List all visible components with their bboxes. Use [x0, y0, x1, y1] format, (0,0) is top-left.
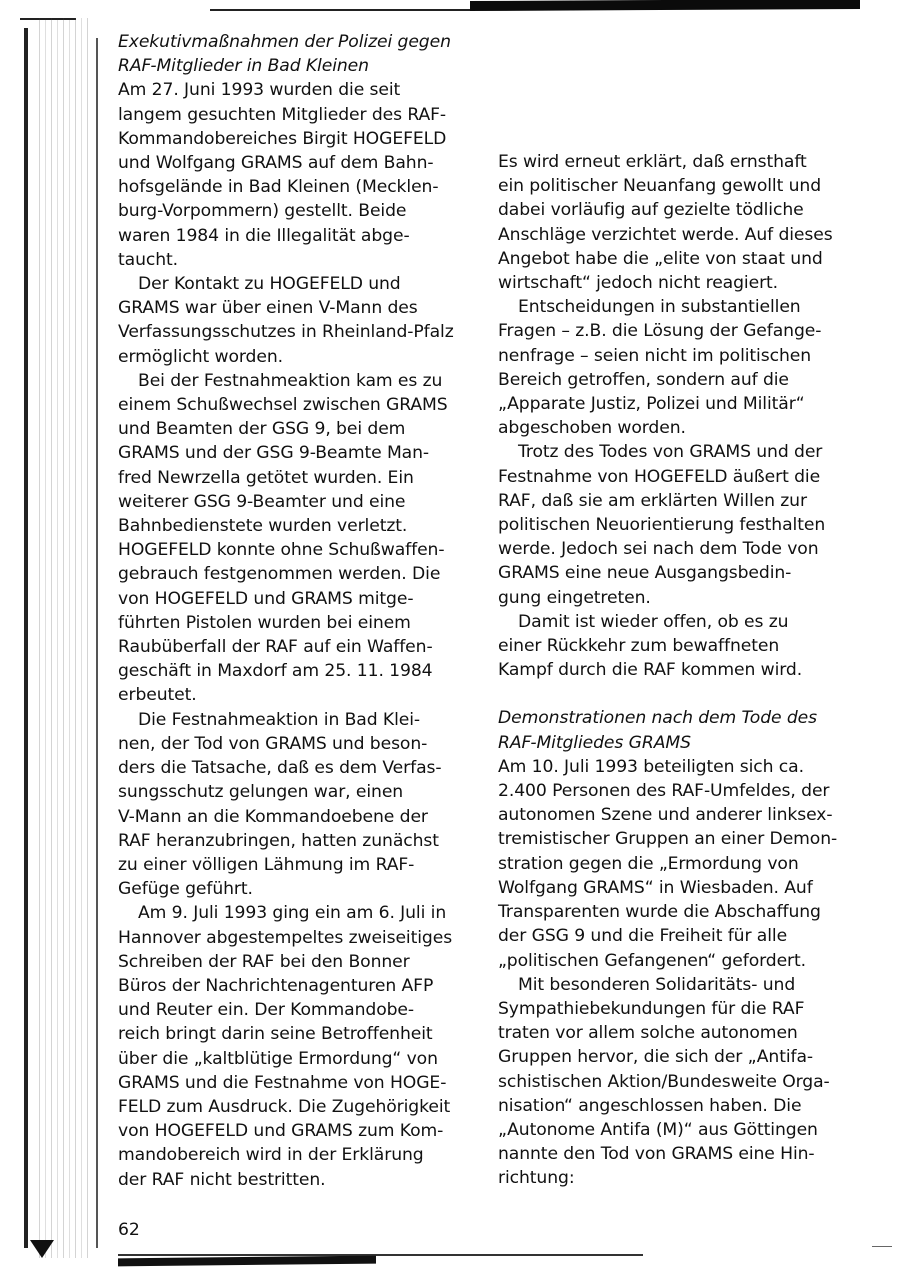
heading-line: Exekutivmaßnahmen der Polizei gegen [118, 30, 478, 54]
paragraph: Entscheidungen in substantiellenFragen –… [498, 295, 858, 440]
text-line: hofsgelände in Bad Kleinen (Mecklen- [118, 175, 478, 199]
text-line: ein politischer Neuanfang gewollt und [498, 174, 858, 198]
text-line: Bereich getroffen, sondern auf die [498, 368, 858, 392]
text-line: gebrauch festgenommen werden. Die [118, 562, 478, 586]
text-line: sungsschutz gelungen war, einen [118, 780, 478, 804]
text-line: schistischen Aktion/Bundesweite Orga- [498, 1070, 858, 1094]
text-line: 2.400 Personen des RAF-Umfeldes, der [498, 779, 858, 803]
text-line: Schreiben der RAF bei den Bonner [118, 950, 478, 974]
section-heading-demonstrationen: Demonstrationen nach dem Tode des RAF-Mi… [498, 706, 858, 754]
scan-bottom-rule-thick [118, 1256, 376, 1267]
right-column-body-1: Es wird erneut erklärt, daß ernsthaftein… [498, 150, 858, 682]
text-line: erbeutet. [118, 683, 478, 707]
left-column: Exekutivmaßnahmen der Polizei gegen RAF-… [118, 30, 478, 1192]
text-line: Entscheidungen in substantiellen [498, 295, 858, 319]
text-line: burg-Vorpommern) gestellt. Beide [118, 199, 478, 223]
text-line: „Apparate Justiz, Polizei und Militär“ [498, 392, 858, 416]
page-number: 62 [118, 1218, 140, 1242]
text-line: Wolfgang GRAMS“ in Wiesbaden. Auf [498, 876, 858, 900]
text-line: Gefüge geführt. [118, 877, 478, 901]
text-line: stration gegen die „Ermordung von [498, 852, 858, 876]
text-line: einem Schußwechsel zwischen GRAMS [118, 393, 478, 417]
text-line: werde. Jedoch sei nach dem Tode von [498, 537, 858, 561]
heading-line: Demonstrationen nach dem Tode des [498, 706, 858, 730]
text-line: Kampf durch die RAF kommen wird. [498, 658, 858, 682]
text-line: Transparenten wurde die Abschaffung [498, 900, 858, 924]
text-line: RAF, daß sie am erklärten Willen zur [498, 489, 858, 513]
text-line: ders die Tatsache, daß es dem Verfas- [118, 756, 478, 780]
text-line: nenfrage – seien nicht im politischen [498, 344, 858, 368]
paragraph: Am 9. Juli 1993 ging ein am 6. Juli inHa… [118, 901, 478, 1191]
text-line: Gruppen hervor, die sich der „Antifa- [498, 1045, 858, 1069]
text-line: reich bringt darin seine Betroffenheit [118, 1022, 478, 1046]
text-line: GRAMS und die Festnahme von HOGE- [118, 1071, 478, 1095]
right-column: Es wird erneut erklärt, daß ernsthaftein… [498, 150, 858, 1191]
paragraph: Bei der Festnahmeaktion kam es zueinem S… [118, 369, 478, 708]
text-line: Bahnbedienstete wurden verletzt. [118, 514, 478, 538]
text-line: Verfassungsschutzes in Rheinland-Pfalz [118, 320, 478, 344]
text-line: geschäft in Maxdorf am 25. 11. 1984 [118, 659, 478, 683]
scan-bottom-rule-thin [118, 1254, 643, 1256]
paragraph: Mit besonderen Solidaritäts- undSympathi… [498, 973, 858, 1191]
text-line: nannte den Tod von GRAMS eine Hin- [498, 1142, 858, 1166]
text-line: wirtschaft“ jedoch nicht reagiert. [498, 271, 858, 295]
text-line: führten Pistolen wurden bei einem [118, 611, 478, 635]
paragraph: Die Festnahmeaktion in Bad Klei-nen, der… [118, 708, 478, 902]
text-line: Kommandobereiches Birgit HOGEFELD [118, 127, 478, 151]
left-column-body: Am 27. Juni 1993 wurden die seitlangem g… [118, 78, 478, 1191]
text-line: HOGEFELD konnte ohne Schußwaffen- [118, 538, 478, 562]
text-line: waren 1984 in die Illegalität abge- [118, 224, 478, 248]
paragraph: Der Kontakt zu HOGEFELD undGRAMS war übe… [118, 272, 478, 369]
text-line: V-Mann an die Kommandoebene der [118, 805, 478, 829]
paragraph: Am 10. Juli 1993 beteiligten sich ca.2.4… [498, 755, 858, 973]
text-line: Sympathiebekundungen für die RAF [498, 997, 858, 1021]
right-column-body-2: Am 10. Juli 1993 beteiligten sich ca.2.4… [498, 755, 858, 1191]
paragraph: Am 27. Juni 1993 wurden die seitlangem g… [118, 78, 478, 272]
text-line: ermöglicht worden. [118, 345, 478, 369]
text-line: GRAMS eine neue Ausgangsbedin- [498, 561, 858, 585]
text-line: von HOGEFELD und GRAMS mitge- [118, 587, 478, 611]
spine-inner-line [96, 38, 98, 1248]
text-line: Am 27. Juni 1993 wurden die seit [118, 78, 478, 102]
text-line: und Wolfgang GRAMS auf dem Bahn- [118, 151, 478, 175]
spine-corner-mark [30, 1240, 54, 1258]
text-line: einer Rückkehr zum bewaffneten [498, 634, 858, 658]
text-line: mandobereich wird in der Erklärung [118, 1143, 478, 1167]
text-line: Am 9. Juli 1993 ging ein am 6. Juli in [118, 901, 478, 925]
text-line: dabei vorläufig auf gezielte tödliche [498, 198, 858, 222]
text-line: Hannover abgestempeltes zweiseitiges [118, 926, 478, 950]
text-line: Es wird erneut erklärt, daß ernsthaft [498, 150, 858, 174]
text-line: Fragen – z.B. die Lösung der Gefange- [498, 319, 858, 343]
text-line: Festnahme von HOGEFELD äußert die [498, 465, 858, 489]
text-line: „Autonome Antifa (M)“ aus Göttingen [498, 1118, 858, 1142]
paragraph: Trotz des Todes von GRAMS und derFestnah… [498, 440, 858, 609]
text-line: Angebot habe die „elite von staat und [498, 247, 858, 271]
text-line: abgeschoben worden. [498, 416, 858, 440]
text-line: der RAF nicht bestritten. [118, 1168, 478, 1192]
text-line: nisation“ angeschlossen haben. Die [498, 1094, 858, 1118]
text-line: und Beamten der GSG 9, bei dem [118, 417, 478, 441]
text-line: und Reuter ein. Der Kommandobe- [118, 998, 478, 1022]
text-line: Büros der Nachrichtenagenturen AFP [118, 974, 478, 998]
text-line: Am 10. Juli 1993 beteiligten sich ca. [498, 755, 858, 779]
text-line: weiterer GSG 9-Beamter und eine [118, 490, 478, 514]
text-line: von HOGEFELD und GRAMS zum Kom- [118, 1119, 478, 1143]
text-line: Mit besonderen Solidaritäts- und [498, 973, 858, 997]
heading-line: RAF-Mitglieder in Bad Kleinen [118, 54, 478, 78]
text-line: GRAMS und der GSG 9-Beamte Man- [118, 441, 478, 465]
text-line: Trotz des Todes von GRAMS und der [498, 440, 858, 464]
text-line: zu einer völligen Lähmung im RAF- [118, 853, 478, 877]
text-line: politischen Neuorientierung festhalten [498, 513, 858, 537]
text-line: Die Festnahmeaktion in Bad Klei- [118, 708, 478, 732]
text-line: „politischen Gefangenen“ gefordert. [498, 949, 858, 973]
text-line: tremistischer Gruppen an einer Demon- [498, 827, 858, 851]
text-line: fred Newrzella getötet wurden. Ein [118, 466, 478, 490]
scan-edge-mark [872, 1246, 892, 1247]
section-heading-bad-kleinen: Exekutivmaßnahmen der Polizei gegen RAF-… [118, 30, 478, 78]
text-line: gung eingetreten. [498, 586, 858, 610]
spine-edge-line [24, 28, 28, 1248]
paragraph: Es wird erneut erklärt, daß ernsthaftein… [498, 150, 858, 295]
scan-top-rule-thick [470, 0, 860, 11]
text-line: autonomen Szene und anderer linksex- [498, 803, 858, 827]
text-line: traten vor allem solche autonomen [498, 1021, 858, 1045]
text-line: GRAMS war über einen V-Mann des [118, 296, 478, 320]
text-line: über die „kaltblütige Ermordung“ von [118, 1047, 478, 1071]
text-line: Damit ist wieder offen, ob es zu [498, 610, 858, 634]
text-line: langem gesuchten Mitglieder des RAF- [118, 103, 478, 127]
heading-line: RAF-Mitgliedes GRAMS [498, 731, 858, 755]
scan-top-rule-thin [210, 9, 475, 11]
text-line: Raubüberfall der RAF auf ein Waffen- [118, 635, 478, 659]
text-line: RAF heranzubringen, hatten zunächst [118, 829, 478, 853]
text-line: richtung: [498, 1166, 858, 1190]
text-line: der GSG 9 und die Freiheit für alle [498, 924, 858, 948]
text-line: Anschläge verzichtet werde. Auf dieses [498, 223, 858, 247]
spine-noise [34, 18, 92, 1258]
text-line: Bei der Festnahmeaktion kam es zu [118, 369, 478, 393]
text-line: taucht. [118, 248, 478, 272]
book-spine-scan-edge [18, 18, 98, 1258]
text-line: nen, der Tod von GRAMS und beson- [118, 732, 478, 756]
paragraph: Damit ist wieder offen, ob es zueiner Rü… [498, 610, 858, 683]
text-line: Der Kontakt zu HOGEFELD und [118, 272, 478, 296]
text-line: FELD zum Ausdruck. Die Zugehörigkeit [118, 1095, 478, 1119]
spacer [498, 682, 858, 706]
